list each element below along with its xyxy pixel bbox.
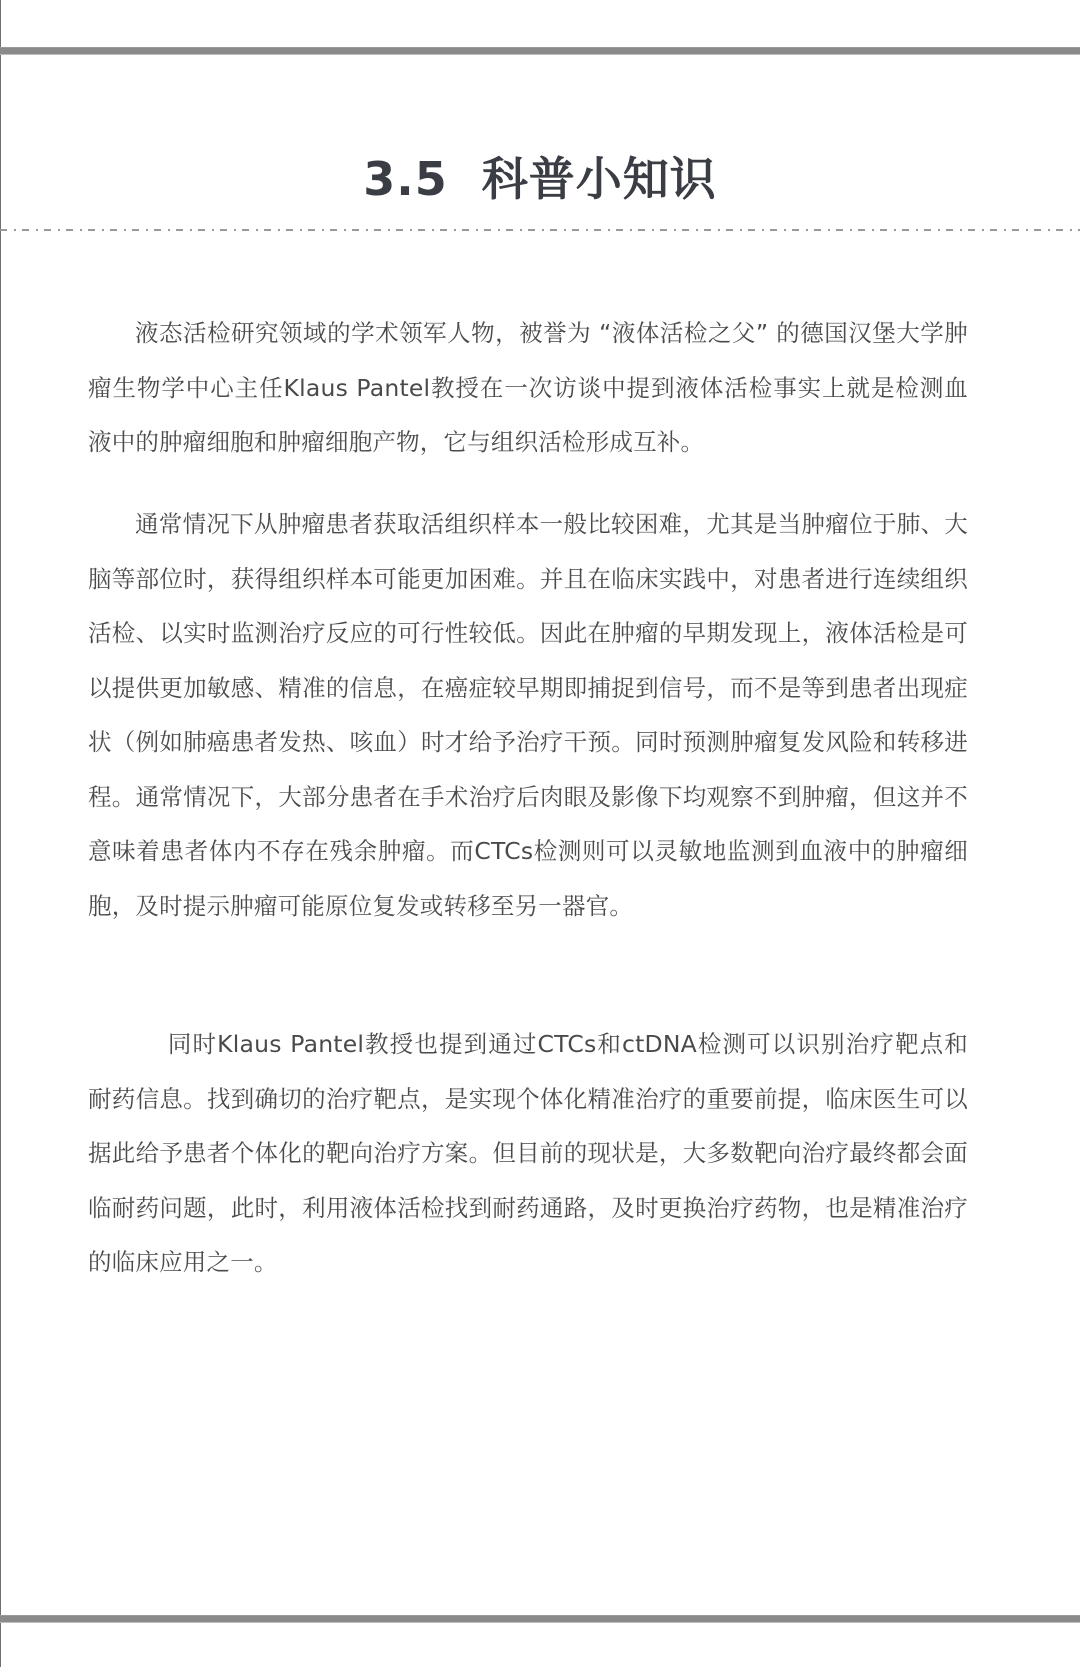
page-left-edge xyxy=(0,0,1,1667)
top-rule-bar xyxy=(0,47,1080,55)
bottom-rule-bar xyxy=(0,1615,1080,1623)
section-title: 3.5 科普小知识 xyxy=(0,149,1080,209)
dash-dot-divider xyxy=(0,229,1080,231)
paragraph-targets-resistance: 同时Klaus Pantel教授也提到通过CTCs和ctDNA检测可以识别治疗靶… xyxy=(88,1017,968,1290)
paragraph-intro: 液态活检研究领域的学术领军人物，被誉为 “液体活检之父” 的德国汉堡大学肿瘤生物… xyxy=(88,306,968,470)
paragraph-tissue-biopsy-limits: 通常情况下从肿瘤患者获取活组织样本一般比较困难，尤其是当肿瘤位于肺、大脑等部位时… xyxy=(88,497,968,933)
